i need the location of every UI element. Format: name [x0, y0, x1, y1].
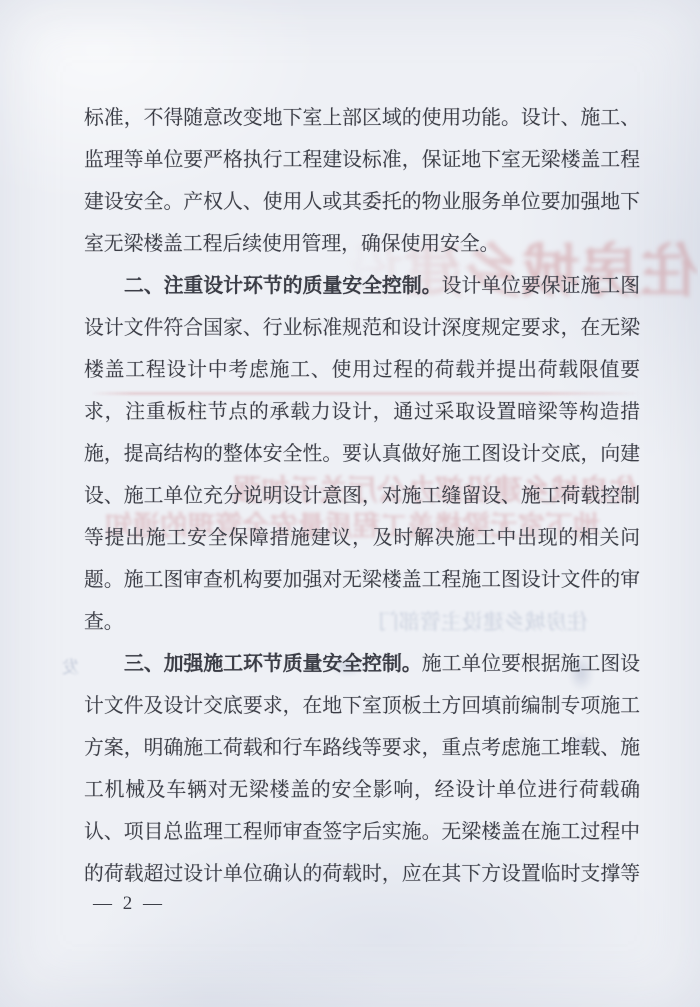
text-segment: 室无梁楼盖工程后续使用管理，确保使用安全。: [84, 233, 499, 255]
text-segment: 题。施工图审查机构要加强对无梁楼盖工程施工图设计文件的审: [84, 569, 640, 591]
text-segment: 标准，不得随意改变地下室上部区域的使用功能。设计、施工、: [84, 107, 640, 129]
text-segment: 认、项目总监理工程师审查签字后实施。无梁楼盖在施工过程中: [84, 821, 640, 843]
text-line: 楼盖工程设计中考虑施工、使用过程的荷载并提出荷载限值要: [84, 349, 640, 391]
text-line: 计文件及设计交底要求，在地下室顶板土方回填前编制专项施工: [84, 685, 640, 727]
text-segment: 设计文件符合国家、行业标准规范和设计深度规定要求，在无梁: [84, 317, 640, 339]
text-line: 设计文件符合国家、行业标准规范和设计深度规定要求，在无梁: [84, 307, 640, 349]
page-number: — 2 —: [93, 893, 165, 915]
text-line: 工机械及车辆对无梁楼盖的安全影响，经设计单位进行荷载确: [84, 769, 640, 811]
text-line: 题。施工图审查机构要加强对无梁楼盖工程施工图设计文件的审: [84, 559, 640, 601]
document-body: 标准，不得随意改变地下室上部区域的使用功能。设计、施工、监理等单位要严格执行工程…: [84, 97, 640, 895]
heading-segment: 二、注重设计环节的质量安全控制。: [124, 275, 442, 297]
text-line: 认、项目总监理工程师审查签字后实施。无梁楼盖在施工过程中: [84, 811, 640, 853]
text-segment: 设、施工单位充分说明设计意图，对施工缝留设、施工荷载控制: [84, 485, 640, 507]
text-segment: 建设安全。产权人、使用人或其委托的物业服务单位要加强地下: [84, 191, 640, 213]
text-line: 设、施工单位充分说明设计意图，对施工缝留设、施工荷载控制: [84, 475, 640, 517]
text-line: 施，提高结构的整体安全性。要认真做好施工图设计交底，向建: [84, 433, 640, 475]
text-line: 的荷载超过设计单位确认的荷载时，应在其下方设置临时支撑等: [84, 853, 640, 895]
text-segment: 施，提高结构的整体安全性。要认真做好施工图设计交底，向建: [84, 443, 640, 465]
heading-segment: 三、加强施工环节质量安全控制。: [124, 653, 422, 675]
text-segment: 计文件及设计交底要求，在地下室顶板土方回填前编制专项施工: [84, 695, 640, 717]
text-segment: 求，注重板柱节点的承载力设计，通过采取设置暗梁等构造措: [84, 401, 640, 423]
text-segment: 查。: [84, 611, 124, 633]
text-line: 求，注重板柱节点的承载力设计，通过采取设置暗梁等构造措: [84, 391, 640, 433]
text-line: 三、加强施工环节质量安全控制。施工单位要根据施工图设: [84, 643, 640, 685]
text-line: 标准，不得随意改变地下室上部区域的使用功能。设计、施工、: [84, 97, 640, 139]
text-segment: 工机械及车辆对无梁楼盖的安全影响，经设计单位进行荷载确: [84, 779, 640, 801]
text-segment: 楼盖工程设计中考虑施工、使用过程的荷载并提出荷载限值要: [84, 359, 640, 381]
text-line: 监理等单位要严格执行工程建设标准，保证地下室无梁楼盖工程: [84, 139, 640, 181]
text-line: 等提出施工安全保障措施建议，及时解决施工中出现的相关问: [84, 517, 640, 559]
bleedthrough-left-mark: 发: [62, 653, 79, 678]
text-segment: 的荷载超过设计单位确认的荷载时，应在其下方设置临时支撑等: [84, 863, 640, 885]
text-line: 二、注重设计环节的质量安全控制。设计单位要保证施工图: [84, 265, 640, 307]
text-line: 查。: [84, 601, 640, 643]
text-line: 建设安全。产权人、使用人或其委托的物业服务单位要加强地下: [84, 181, 640, 223]
text-line: 方案，明确施工荷载和行车路线等要求，重点考虑施工堆载、施: [84, 727, 640, 769]
text-segment: 方案，明确施工荷载和行车路线等要求，重点考虑施工堆载、施: [84, 737, 640, 759]
scanned-document-page: 住房城乡建设部办公厅文件 住房城乡建设部办公厅关于加强 地下室无梁楼盖工程质量安…: [0, 0, 700, 1007]
text-segment: 监理等单位要严格执行工程建设标准，保证地下室无梁楼盖工程: [84, 149, 640, 171]
text-line: 室无梁楼盖工程后续使用管理，确保使用安全。: [84, 223, 640, 265]
text-segment: 施工单位要根据施工图设: [422, 653, 640, 675]
text-segment: 设计单位要保证施工图: [442, 275, 640, 297]
text-segment: 等提出施工安全保障措施建议，及时解决施工中出现的相关问: [84, 527, 640, 549]
